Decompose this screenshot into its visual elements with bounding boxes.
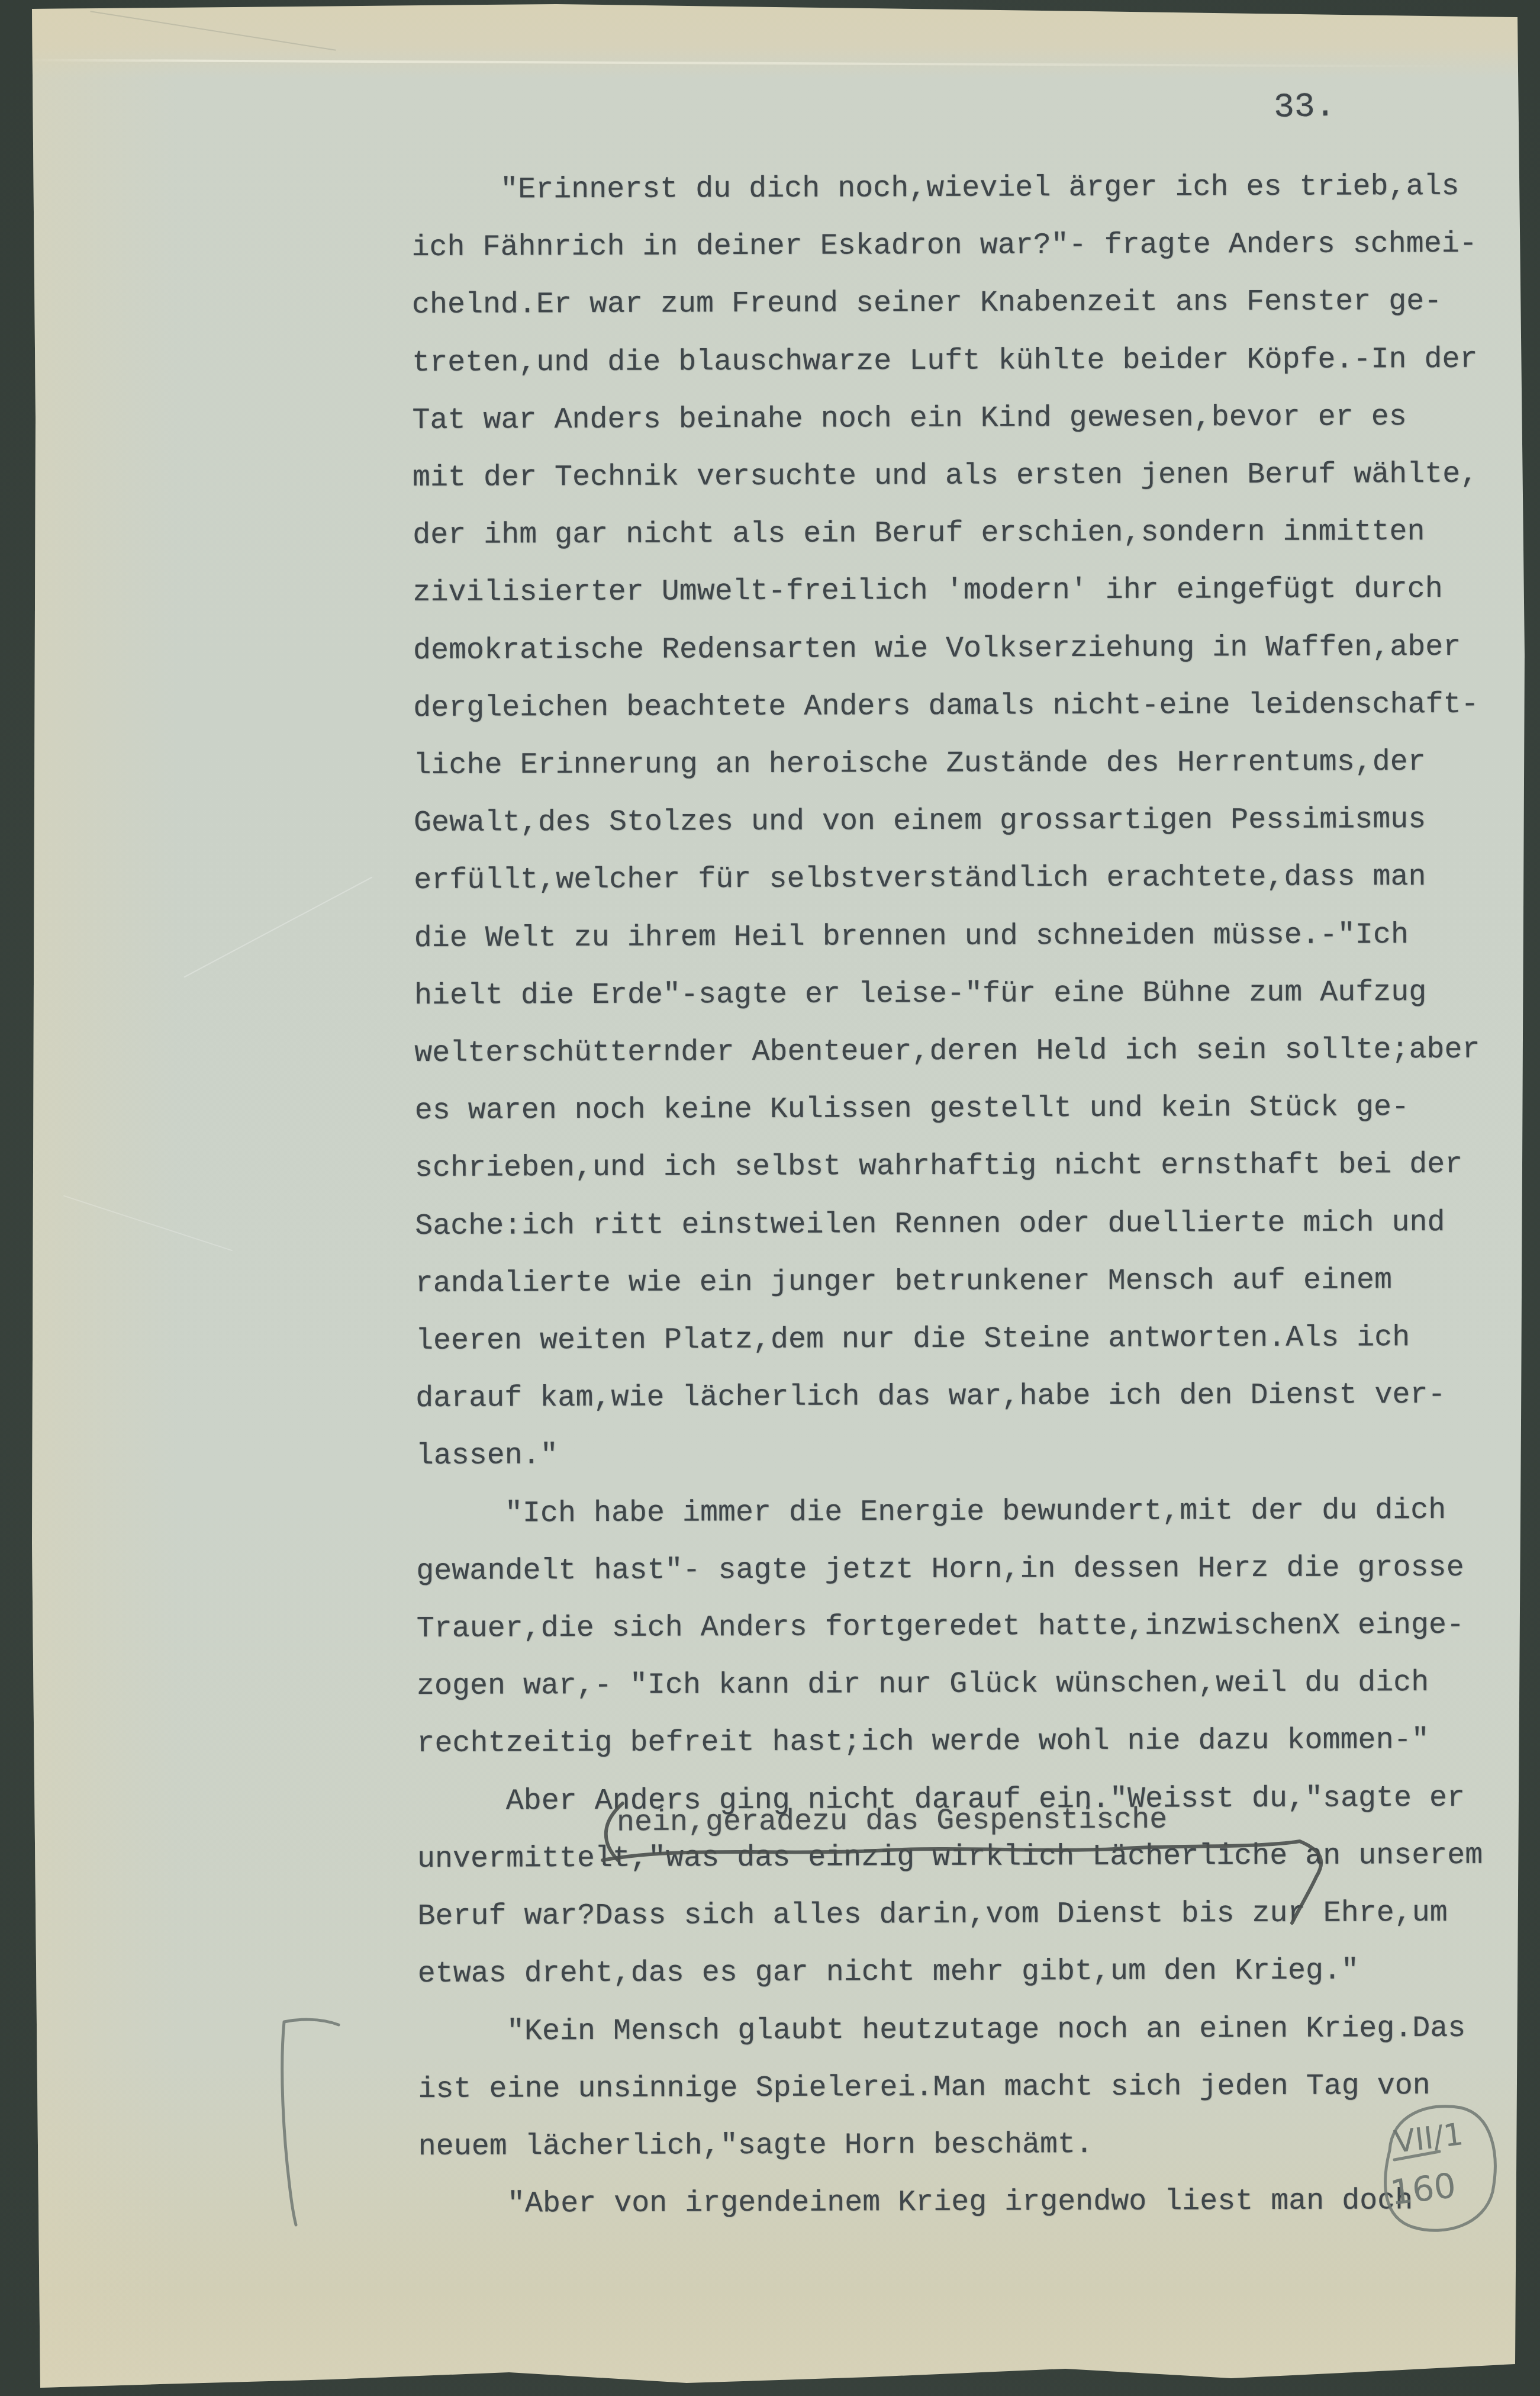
archive-stamp: VII/1 160 — [1386, 2106, 1496, 2231]
margin-bracket-pencil-mark — [282, 2019, 339, 2225]
stamp-signature-top: VII/1 — [1392, 2117, 1465, 2160]
insertion-underline-stroke — [603, 1841, 1321, 1923]
insertion-paren-mark — [606, 1803, 623, 1860]
manuscript-scan: { "colors": { "background": "#39433d", "… — [0, 0, 1540, 2396]
stamp-signature-number: 160 — [1388, 2165, 1458, 2213]
handwritten-annotations-overlay: VII/1 160 — [0, 0, 1540, 2396]
